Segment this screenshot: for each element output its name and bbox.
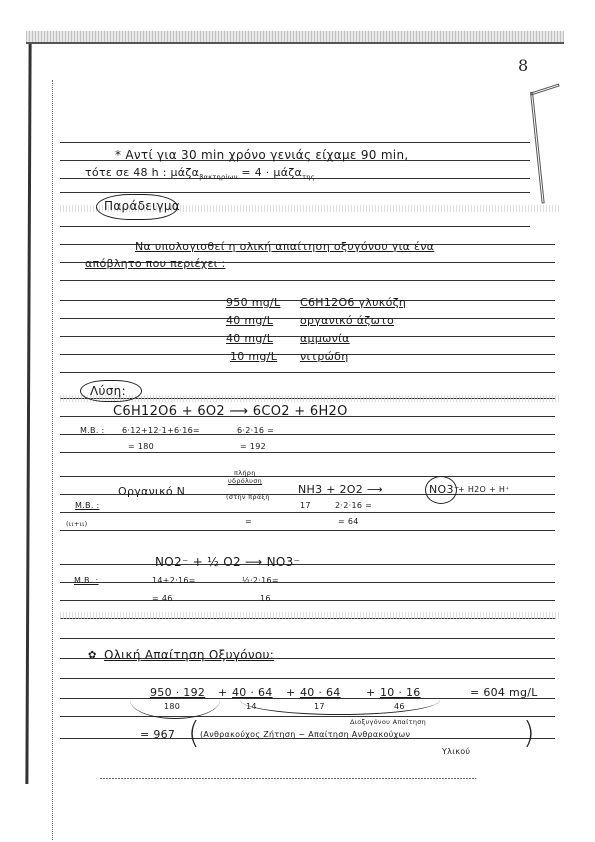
fraction-numerator: 10 · 16 <box>380 686 421 699</box>
plus-sign: + <box>286 686 296 699</box>
mw-label: Μ.Β. : <box>80 426 105 435</box>
fraction-numerator: 40 · 64 <box>300 686 341 699</box>
annotation-sub: Υλικού <box>442 747 470 756</box>
ruled-line <box>60 192 530 193</box>
component-substance: C6H12O6 γλυκόζη <box>300 296 406 309</box>
ruled-line <box>60 716 555 717</box>
problem-line-1: Να υπολογισθεί η ολική απαίτηση οξυγόνου… <box>135 240 434 253</box>
component-amount: 40 mg/L <box>226 314 273 327</box>
component-amount: 10 mg/L <box>230 350 277 363</box>
ruled-line <box>60 678 555 679</box>
component-substance: νιτρώδη <box>300 350 349 363</box>
note-line-1: * Αντί για 30 min χρόνο γενιάς είχαμε 90… <box>115 148 408 162</box>
reaction-2-mw-eq: = <box>245 517 252 526</box>
ruled-line <box>60 280 555 281</box>
reaction-2-margin-note: (ιι+ιι) <box>66 520 87 528</box>
ruled-line <box>60 226 530 227</box>
flower-bullet-icon: ✿ <box>88 650 97 661</box>
reaction-glucose: C6H12O6 + 6O2 ⟶ 6CO2 + 6H2O <box>113 404 348 419</box>
component-amount: 950 mg/L <box>226 296 280 309</box>
note-line-2-sub1: βακτηρίων <box>199 173 237 181</box>
note-line-2-b: = 4 · μάζα <box>241 166 302 179</box>
note-line-2-sub2: της <box>302 173 315 181</box>
close-paren: ) <box>523 716 535 751</box>
ruled-line <box>60 530 555 531</box>
notebook-margin-line <box>25 44 31 784</box>
ruled-line <box>60 142 530 143</box>
arrow-label-top-1: πλήρη <box>234 469 256 477</box>
scan-top-band <box>26 31 564 42</box>
carbon-result: = 967 <box>140 728 175 741</box>
reaction-nitrite: NO2⁻ + ½ O2 ⟶ NO3⁻ <box>155 555 300 569</box>
reaction-2-circled: NO3⁻ <box>429 483 460 496</box>
reaction-2-tail: + H2O + H⁺ <box>458 485 510 494</box>
ruled-line <box>60 512 555 513</box>
reaction-3-mw-b: ½·2·16= <box>242 576 279 585</box>
solution-heading: Λύση: <box>90 384 126 398</box>
arrow-label-top-2: υδρόλυση <box>228 477 262 485</box>
open-paren: ( <box>188 716 200 751</box>
ruled-line <box>60 452 555 453</box>
reaction-2-mw-result: = 64 <box>338 517 359 526</box>
fraction-numerator: 950 · 192 <box>150 686 205 699</box>
page-curl-edge <box>530 92 545 204</box>
note-line-2: τότε σε 48 h : μάζαβακτηρίων = 4 · μάζατ… <box>85 166 315 181</box>
example-heading: Παράδειγμα <box>104 199 180 213</box>
total-demand-heading: Ολική Απαίτηση Οξυγόνου: <box>104 648 274 662</box>
reaction-1-mw-a-result: = 180 <box>128 442 154 451</box>
fraction-numerator: 40 · 64 <box>232 686 273 699</box>
reaction-1-mw-b-result: = 192 <box>240 442 266 451</box>
component-substance: αμμωνία <box>300 332 350 345</box>
ruled-line <box>60 582 555 583</box>
plus-sign: + <box>218 686 228 699</box>
reaction-3-mw-b-result: 16 <box>260 594 271 603</box>
formula-result: = 604 mg/L <box>470 686 538 699</box>
page-curl-edge <box>530 83 559 95</box>
reaction-2-mw-b: 2·2·16 = <box>335 501 372 510</box>
ruled-line <box>60 638 555 639</box>
problem-line-2: απόβλητο που περιέχει : <box>85 257 226 270</box>
reaction-2-body: NH3 + 2O2 ⟶ <box>298 483 383 496</box>
reaction-1-mw-a: 6·12+12·1+6·16= <box>122 426 200 435</box>
plus-sign: + <box>366 686 376 699</box>
nitrogen-brace <box>240 700 440 715</box>
mw-label: Μ.Β. : <box>74 576 99 585</box>
mw-label: Μ.Β. : <box>75 501 100 510</box>
page-number: 8 <box>518 56 528 75</box>
notebook-binding-dots <box>52 80 53 840</box>
note-line-2-a: τότε σε 48 h : μάζα <box>85 166 199 179</box>
annotation: (Ανθρακούχος Ζήτηση − Απαίτηση Ανθρακούχ… <box>200 730 410 739</box>
component-substance: οργανικό άζωτο <box>300 314 394 327</box>
component-amount: 40 mg/L <box>226 332 273 345</box>
scan-bottom-edge <box>100 778 476 779</box>
reaction-3-mw-a-result: = 46 <box>152 594 173 603</box>
ruled-line <box>60 564 555 565</box>
nitrogen-demand-label: Διοξυγόνου Απαίτηση <box>350 718 426 726</box>
scan-top-edge <box>26 42 564 44</box>
ruled-line <box>60 372 555 373</box>
ruled-line <box>60 600 555 601</box>
reaction-2-mw-a: 17 <box>300 501 311 510</box>
arrow-label-bottom: (στην πράξη <box>226 493 270 501</box>
ruled-line <box>60 476 555 477</box>
reaction-1-mw-b: 6·2·16 = <box>237 426 274 435</box>
reaction-3-mw-a: 14+2·16= <box>152 576 196 585</box>
reaction-2-label: Οργανικό N <box>118 485 185 498</box>
scan-shading <box>60 612 560 619</box>
